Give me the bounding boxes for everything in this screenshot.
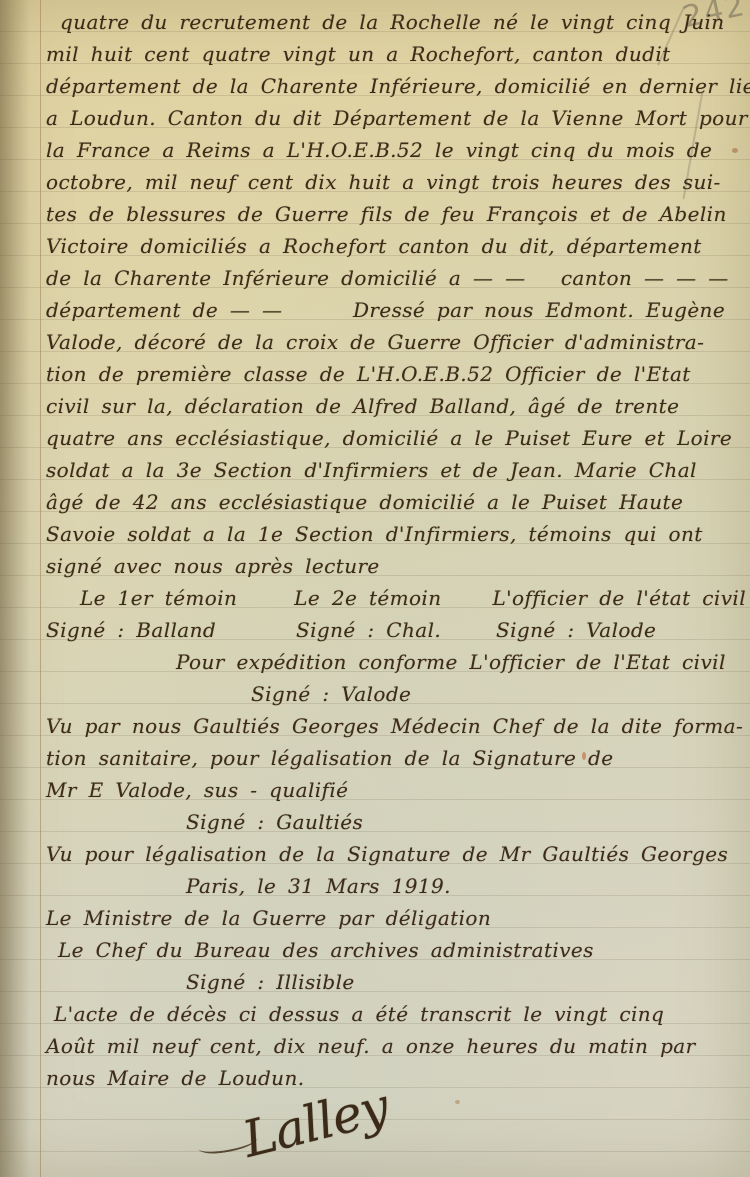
witness-1-signature: Signé : Balland [46, 614, 296, 646]
witness-2-signature: Signé : Chal. [296, 614, 496, 646]
manuscript-line: département de la Charente Inférieure, d… [46, 70, 746, 102]
manuscript-line: Le Chef du Bureau des archives administr… [46, 934, 746, 966]
manuscript-line: Valode, décoré de la croix de Guerre Off… [46, 326, 746, 358]
manuscript-line: Vu par nous Gaultiés Georges Médecin Che… [46, 710, 746, 742]
manuscript-line: soldat a la 3e Section d'Infirmiers et d… [46, 454, 746, 486]
manuscript-line: L'acte de décès ci dessus a été transcri… [46, 998, 746, 1030]
mayor-signature-block: Lalley [180, 1082, 500, 1172]
manuscript-line: mil huit cent quatre vingt un a Rochefor… [46, 38, 746, 70]
witness-2-label: Le 2e témoin [294, 582, 492, 614]
manuscript-line: département de — — Dressé par nous Edmon… [46, 294, 746, 326]
officier-label: L'officier de l'état civil [492, 582, 746, 614]
manuscript-line: quatre ans ecclésiastique, domicilié a l… [46, 422, 746, 454]
manuscript-line: Août mil neuf cent, dix neuf. a onze heu… [46, 1030, 746, 1062]
manuscript-line: âgé de 42 ans ecclésiastique domicilié a… [46, 486, 746, 518]
manuscript-line: tes de blessures de Guerre fils de feu F… [46, 198, 746, 230]
manuscript-line: Signé : Gaultiés [46, 806, 746, 838]
manuscript-line: Pour expédition conforme L'officier de l… [46, 646, 746, 678]
witness-1-label: Le 1er témoin [46, 582, 294, 614]
manuscript-line: octobre, mil neuf cent dix huit a vingt … [46, 166, 746, 198]
manuscript-line: civil sur la, déclaration de Alfred Ball… [46, 390, 746, 422]
scanned-document-page: 242 quatre du recrutement de la Rochelle… [0, 0, 750, 1177]
manuscript-line: a Loudun. Canton du dit Département de l… [46, 102, 746, 134]
manuscript-line: Paris, le 31 Mars 1919. [46, 870, 746, 902]
manuscript-line: Victoire domiciliés a Rochefort canton d… [46, 230, 746, 262]
officier-signature: Signé : Valode [496, 614, 746, 646]
manuscript-line: tion de première classe de L'H.O.E.B.52 … [46, 358, 746, 390]
manuscript-line: Signé : Valode [46, 678, 746, 710]
witness-signed-row: Signé : Balland Signé : Chal. Signé : Va… [46, 614, 746, 646]
manuscript-line: tion sanitaire, pour légalisation de la … [46, 742, 746, 774]
manuscript-text: quatre du recrutement de la Rochelle né … [0, 0, 750, 1094]
manuscript-line: quatre du recrutement de la Rochelle né … [46, 6, 746, 38]
manuscript-line: signé avec nous après lecture [46, 550, 746, 582]
manuscript-line: Vu pour légalisation de la Signature de … [46, 838, 746, 870]
manuscript-line: Mr E Valode, sus - qualifié [46, 774, 746, 806]
manuscript-line: de la Charente Inférieure domicilié a — … [46, 262, 746, 294]
manuscript-line: la France a Reims a L'H.O.E.B.52 le ving… [46, 134, 746, 166]
manuscript-line: Savoie soldat a la 1e Section d'Infirmie… [46, 518, 746, 550]
manuscript-line: Le Ministre de la Guerre par déligation [46, 902, 746, 934]
manuscript-line: Signé : Illisible [46, 966, 746, 998]
witness-header-row: Le 1er témoin Le 2e témoin L'officier de… [46, 582, 746, 614]
